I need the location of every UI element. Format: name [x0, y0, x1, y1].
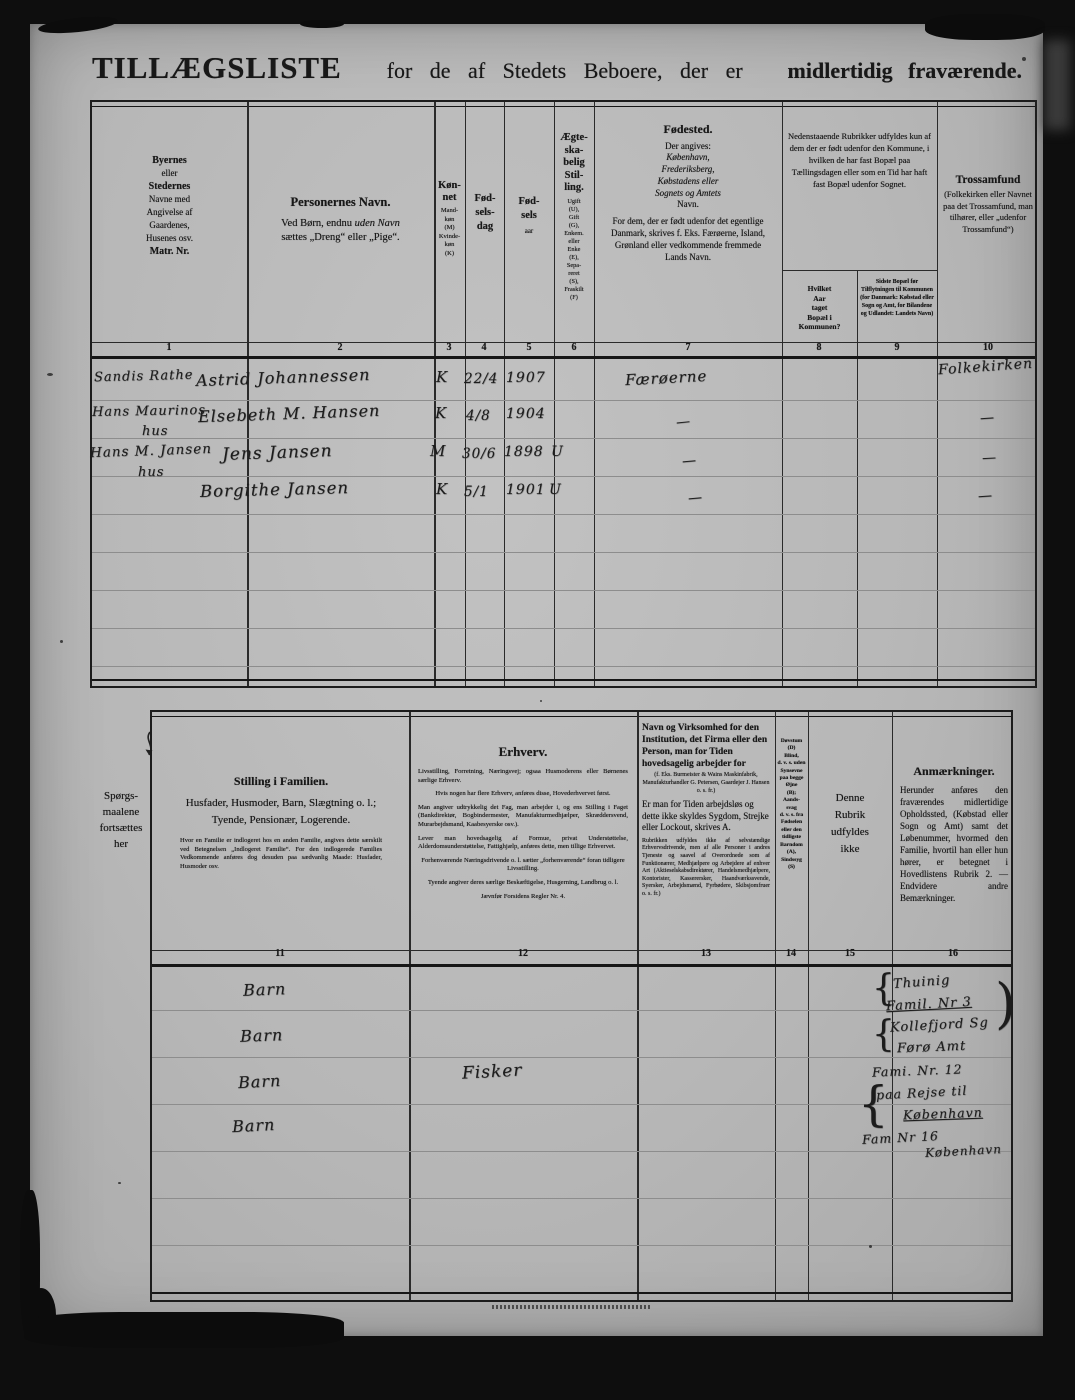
- header-text: Ugift (U), Gift (G), Enkem. eller Enke (…: [556, 198, 592, 302]
- paper: TILLÆGSLISTE for de af Stedets Beboere, …: [30, 24, 1043, 1336]
- header-col2: Personernes Navn. Ved Børn, endnu uden N…: [249, 195, 432, 245]
- row-line: [92, 552, 1035, 553]
- entry-stand: U: [549, 482, 562, 498]
- header-text: Erhverv.: [418, 744, 628, 760]
- column-line: [857, 270, 858, 686]
- rule: [92, 679, 1035, 681]
- printer-imprint: [492, 1305, 650, 1309]
- entry-dag: 5/1: [464, 484, 489, 500]
- scan-speck: [869, 1245, 872, 1248]
- header-col3: Køn- net Mand- køn (M) Kvinde- køn (K): [435, 180, 464, 258]
- column-line: [637, 712, 639, 1300]
- header-col4: Fød- sels- dag: [467, 192, 503, 234]
- header-text: Stilling i Familien.: [174, 774, 388, 789]
- entry-stilling: Barn: [232, 1115, 276, 1136]
- row-line: [152, 1198, 1011, 1199]
- header-text: Livsstilling, Forretning, Næringsvej; og…: [418, 768, 628, 785]
- rule: [152, 1292, 1011, 1294]
- header-text: sættes „Dreng“ eller „Pige“.: [249, 231, 432, 245]
- col-number: 16: [933, 948, 973, 959]
- header-text: København, Frederiksberg, Købstadens ell…: [596, 151, 780, 199]
- header-text: Personernes Navn.: [249, 195, 432, 210]
- header-text: Er man for Tiden arbejdsløs og dette ikk…: [642, 799, 770, 834]
- ditto-mark: —: [982, 450, 998, 467]
- entry-dag: 22/4: [464, 371, 498, 387]
- header-text: Ægte- ska- belig Stil- ling.: [556, 132, 592, 195]
- col-number: 12: [503, 948, 543, 959]
- scan-speck: [118, 1182, 121, 1184]
- entry-dag: 4/8: [466, 408, 491, 424]
- header-text: Byernes: [94, 154, 245, 167]
- header-col13: Navn og Virksomhed for den Institution, …: [642, 722, 770, 899]
- side-label-questions-continue: Spørgs- maalene fortsættes her: [92, 788, 150, 852]
- header-col7: Fødested. Der angives: København, Freder…: [596, 122, 780, 263]
- header-text: Tyende angiver deres særlige Beskæftigel…: [418, 879, 628, 888]
- header-col15: Denne Rubrik udfyldes ikke: [810, 790, 890, 858]
- header-text: Der angives:: [596, 141, 780, 151]
- header-col10: Trossamfund (Folkekirken eller Navnet pa…: [939, 174, 1037, 235]
- entry-stilling: Barn: [238, 1071, 282, 1092]
- col-number: 11: [260, 948, 300, 959]
- header-text: Mand- køn (M) Kvinde- køn (K): [435, 207, 464, 258]
- title-main: TILLÆGSLISTE: [92, 50, 342, 86]
- column-line: [594, 102, 595, 686]
- entry-navn: Jens Jansen: [222, 441, 333, 465]
- scan-speck: [60, 640, 63, 643]
- row-line: [92, 400, 1035, 401]
- header-text: (Folkekirken eller Navnet paa det Trossa…: [939, 189, 1037, 235]
- entry-bolig: Sandis Rathe: [94, 368, 194, 386]
- header-text: Man angiver udtrykkelig det Fag, man arb…: [418, 804, 628, 830]
- scan-speck: [540, 700, 542, 702]
- entry-dag: 30/6: [462, 446, 496, 462]
- row-line: [92, 628, 1035, 629]
- entry-erhverv: Fisker: [462, 1060, 523, 1083]
- note-line: Førø Amt: [897, 1039, 967, 1056]
- header-text: Forhenværende Næringsdrivende o. l. sætt…: [418, 857, 628, 874]
- header-text: Hvis nogen har flere Erhverv, anføres di…: [418, 790, 628, 799]
- scan-edge-blob: [24, 1312, 344, 1348]
- note-line: København: [903, 1105, 983, 1123]
- col-number: 15: [830, 948, 870, 959]
- col-number: 7: [668, 342, 708, 353]
- header-col9: Sidste Bopæl før Tilflytningen til Kommu…: [860, 278, 934, 318]
- scan-speck: [1022, 57, 1026, 61]
- entry-kon: K: [436, 368, 448, 386]
- title-emphasis: midlertidig fraværende.: [788, 58, 1022, 84]
- col-number: 1: [149, 342, 189, 353]
- column-line: [409, 712, 411, 1300]
- ditto-mark: —: [687, 489, 703, 506]
- header-text: Navne med: [94, 193, 245, 206]
- row-line: [152, 1151, 1011, 1152]
- col-number: 6: [554, 342, 594, 353]
- header-text: eller: [94, 167, 245, 180]
- entry-aar: 1901: [506, 482, 546, 498]
- header-col12: Erhverv. Livsstilling, Forretning, Nærin…: [418, 744, 628, 900]
- header-col6: Ægte- ska- belig Stil- ling. Ugift (U), …: [556, 132, 592, 302]
- entry-kon: K: [436, 480, 448, 498]
- row-line: [92, 438, 1035, 439]
- rule: [92, 106, 1035, 107]
- col-number: 10: [968, 342, 1008, 353]
- row-line: [92, 476, 1035, 477]
- scan-edge-smudge: [1044, 40, 1070, 130]
- header-col11: Stilling i Familien. Husfader, Husmoder,…: [174, 774, 388, 871]
- entry-aar: 1898: [504, 444, 544, 460]
- col-number: 4: [464, 342, 504, 353]
- scan-edge-blob: [925, 14, 1045, 40]
- entry-aar: 1907: [506, 370, 546, 386]
- col-number: 9: [877, 342, 917, 353]
- header-text: aar: [506, 227, 552, 235]
- header-group-8-9: Nedenstaaende Rubrikker udfyldes kun af …: [787, 130, 932, 190]
- page-title: TILLÆGSLISTE for de af Stedets Beboere, …: [92, 50, 1022, 94]
- row-line: [152, 1010, 1011, 1011]
- scan-edge-blob: [300, 20, 344, 28]
- header-text: For dem, der er født udenfor det egentli…: [596, 215, 780, 263]
- header-text: Anmærkninger.: [900, 764, 1008, 779]
- header-text: Gaardenes,: [94, 219, 245, 232]
- header-text: Husfader, Husmoder, Barn, Slægtning o. l…: [174, 795, 388, 829]
- entry-bolig: Hans Maurinos: [92, 403, 206, 420]
- header-text: Lever man hovedsagelig af Formue, privat…: [418, 835, 628, 852]
- header-col16: Anmærkninger. Herunder anføres den fravæ…: [900, 764, 1008, 904]
- header-text: Navn.: [596, 199, 780, 209]
- header-text: Herunder anføres den fraværendes midlert…: [900, 784, 1008, 904]
- col-number: 2: [320, 342, 360, 353]
- header-text: Køn- net: [435, 180, 464, 204]
- scanned-census-page: TILLÆGSLISTE for de af Stedets Beboere, …: [0, 0, 1075, 1400]
- entry-aar: 1904: [506, 406, 546, 422]
- header-text: Rubrikken udfyldes ikke af selvstændige …: [642, 838, 770, 899]
- row-line: [92, 514, 1035, 515]
- header-text: Fød- sels: [506, 195, 552, 223]
- col-number: 8: [799, 342, 839, 353]
- column-line: [247, 102, 249, 686]
- header-text: Jævnfør Forsidens Regler Nr. 4.: [418, 893, 628, 900]
- row-line: [152, 1057, 1011, 1058]
- entry-bolig2: hus: [142, 424, 168, 439]
- header-text: Navn og Virksomhed for den Institution, …: [642, 722, 770, 770]
- header-col1: Byernes eller Stedernes Navne med Angive…: [94, 154, 245, 258]
- col-number: 14: [771, 948, 811, 959]
- header-col5: Fød- sels aar: [506, 195, 552, 235]
- col-number: 5: [509, 342, 549, 353]
- header-text: Matr. Nr.: [94, 245, 245, 258]
- entry-stand: U: [551, 444, 564, 460]
- numbers-rule: [152, 964, 1011, 967]
- header-text: Hvor en Familie er indlogeret hos en and…: [174, 837, 388, 871]
- header-col8: Hvilket Aar taget Bopæl i Kommunen?: [784, 284, 855, 332]
- ditto-mark: —: [675, 413, 692, 430]
- header-text: Trossamfund: [939, 174, 1037, 186]
- column-line: [504, 102, 505, 686]
- header-col14: Døvstum (D) Blind, d. v. s. uden Synsevn…: [776, 738, 807, 871]
- column-line: [465, 102, 466, 686]
- header-text: Angivelse af: [94, 206, 245, 219]
- ditto-mark: —: [979, 409, 995, 426]
- column-line: [782, 102, 783, 686]
- header-text: Stedernes: [94, 180, 245, 193]
- header-text: Ved Børn, endnu: [281, 218, 355, 229]
- column-line: [937, 102, 938, 686]
- scan-edge-blob: [20, 1190, 40, 1340]
- column-line: [808, 712, 809, 1300]
- col-number: 3: [429, 342, 469, 353]
- ditto-mark: —: [977, 487, 993, 504]
- group-divider: [782, 270, 937, 271]
- title-middle: for de af Stedets Beboere, der er: [387, 58, 743, 84]
- row-line: [92, 590, 1035, 591]
- column-line: [554, 102, 555, 686]
- col-number: 13: [686, 948, 726, 959]
- note-paren: ): [995, 972, 1017, 1035]
- entry-stilling: Barn: [243, 979, 287, 999]
- entry-navn: Borgithe Jansen: [200, 478, 349, 501]
- entry-kon: M: [430, 442, 446, 460]
- rule: [152, 716, 1011, 717]
- entry-kon: K: [435, 404, 447, 422]
- numbers-rule: [92, 356, 1035, 359]
- note-brace: {: [858, 1076, 890, 1132]
- header-text: Fødested.: [596, 122, 780, 137]
- row-line: [92, 666, 1035, 667]
- table-upper: Byernes eller Stedernes Navne med Angive…: [90, 100, 1037, 688]
- entry-bolig2: hus: [138, 465, 164, 480]
- header-text: Husenes osv.: [94, 232, 245, 245]
- header-text: uden Navn: [355, 218, 400, 229]
- scan-speck: [47, 373, 53, 376]
- ditto-mark: —: [681, 452, 697, 469]
- entry-stilling: Barn: [240, 1025, 284, 1045]
- row-line: [152, 1245, 1011, 1246]
- header-text: (f. Eks. Burmeister & Wains Maskinfabrik…: [642, 772, 770, 795]
